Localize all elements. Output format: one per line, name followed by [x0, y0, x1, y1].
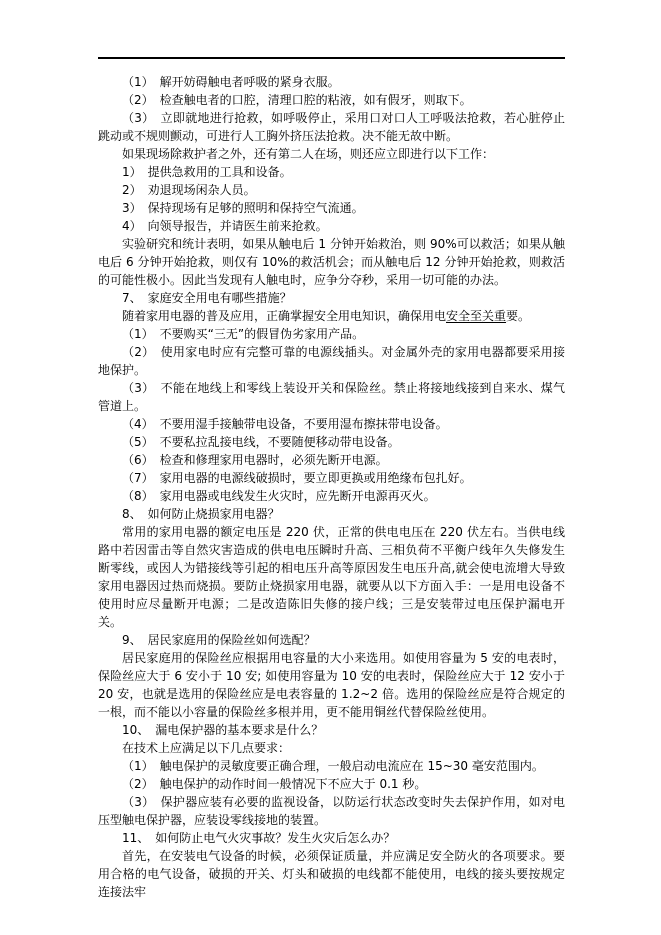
list-item: （1） 解开妨碍触电者呼吸的紧身衣服。	[98, 73, 565, 91]
text-run: （6） 检查和修理家用电器时，必须先断开电源。	[122, 453, 388, 467]
text-run: （7） 家用电器的电源线破损时，要立即更换或用绝缘布包扎好。	[122, 471, 472, 485]
text-run: 9、 居民家庭用的保险丝如何选配？	[122, 633, 316, 647]
text-run: 首先，在安装电气设备的时候，必须保证质量，并应满足安全防火的各项要求。要用合格的…	[98, 849, 565, 899]
list-item: （7） 家用电器的电源线破损时，要立即更换或用绝缘布包扎好。	[98, 469, 565, 487]
list-item: 3） 保持现场有足够的照明和保持空气流通。	[98, 199, 565, 217]
text-run: 10、 漏电保护器的基本要求是什么？	[122, 723, 323, 737]
text-run: 常用的家用电器的额定电压是 220 伏，正常的供电电压在 220 伏左右。当供电…	[98, 525, 565, 629]
text-run: （3） 不能在地线上和零线上装设开关和保险丝。禁止将接地线接到自来水、煤气管道上…	[98, 381, 565, 413]
list-item: （1） 不要购买“三无”的假冒伪劣家用产品。	[98, 325, 565, 343]
text-run: 实验研究和统计表明，如果从触电后 1 分钟开始救治，则 90%可以救活；如果从触…	[98, 237, 565, 287]
underlined-text-run: 安全至关重	[446, 309, 506, 323]
section-heading: 11、 如何防止电气火灾事故？发生火灾后怎么办？	[98, 829, 565, 847]
text-run: 2） 劝退现场闲杂人员。	[122, 183, 256, 197]
section-heading: 8、 如何防止烧损家用电器？	[98, 505, 565, 523]
list-item: （3） 立即就地进行抢救，如呼吸停止，采用口对口人工呼吸法抢救，若心脏停止跳动或…	[98, 109, 565, 145]
text-run: 8、 如何防止烧损家用电器？	[122, 507, 280, 521]
text-run: （1） 触电保护的灵敏度要正确合理，一般启动电流应在 15~30 毫安范围内。	[122, 759, 544, 773]
paragraph: 在技术上应满足以下几点要求：	[98, 739, 565, 757]
text-run: 如果现场除救护者之外，还有第二人在场，则还应立即进行以下工作：	[122, 147, 494, 161]
text-run: 在技术上应满足以下几点要求：	[122, 741, 290, 755]
header-rule	[98, 57, 565, 59]
section-heading: 9、 居民家庭用的保险丝如何选配？	[98, 631, 565, 649]
text-run: 要。	[506, 309, 530, 323]
text-run: 7、 家庭安全用电有哪些措施？	[122, 291, 292, 305]
text-run: （8） 家用电器或电线发生火灾时，应先断开电源再灭火。	[122, 489, 436, 503]
document-page: （1） 解开妨碍触电者呼吸的紧身衣服。（2） 检查触电者的口腔，清理口腔的粘液，…	[0, 0, 661, 935]
paragraph: 居民家庭用的保险丝应根据用电容量的大小来选用。如使用容量为 5 安的电表时，保险…	[98, 649, 565, 721]
list-item: （2） 触电保护的动作时间一般情况下不应大于 0.1 秒。	[98, 775, 565, 793]
section-heading: 10、 漏电保护器的基本要求是什么？	[98, 721, 565, 739]
list-item: （2） 使用家电时应有完整可靠的电源线插头。对金属外壳的家用电器都要采用接地保护…	[98, 343, 565, 379]
text-run: （1） 不要购买“三无”的假冒伪劣家用产品。	[122, 327, 364, 341]
paragraph: 实验研究和统计表明，如果从触电后 1 分钟开始救治，则 90%可以救活；如果从触…	[98, 235, 565, 289]
list-item: （2） 检查触电者的口腔，清理口腔的粘液，如有假牙，则取下。	[98, 91, 565, 109]
text-run: 4） 向领导报告，并请医生前来抢救。	[122, 219, 328, 233]
text-run: （2） 使用家电时应有完整可靠的电源线插头。对金属外壳的家用电器都要采用接地保护…	[98, 345, 565, 377]
text-run: （2） 检查触电者的口腔，清理口腔的粘液，如有假牙，则取下。	[122, 93, 472, 107]
section-heading: 7、 家庭安全用电有哪些措施？	[98, 289, 565, 307]
text-run: （3） 保护器应装有必要的监视设备，以防运行状态改变时失去保护作用，如对电压型触…	[98, 795, 565, 827]
paragraph: 如果现场除救护者之外，还有第二人在场，则还应立即进行以下工作：	[98, 145, 565, 163]
text-run: 居民家庭用的保险丝应根据用电容量的大小来选用。如使用容量为 5 安的电表时，保险…	[98, 651, 565, 719]
document-body: （1） 解开妨碍触电者呼吸的紧身衣服。（2） 检查触电者的口腔，清理口腔的粘液，…	[98, 73, 565, 901]
text-run: 11、 如何防止电气火灾事故？发生火灾后怎么办？	[122, 831, 395, 845]
text-run: 3） 保持现场有足够的照明和保持空气流通。	[122, 201, 364, 215]
list-item: （6） 检查和修理家用电器时，必须先断开电源。	[98, 451, 565, 469]
text-run: 随着家用电器的普及应用，正确掌握安全用电知识，确保用电	[122, 309, 446, 323]
paragraph: 首先，在安装电气设备的时候，必须保证质量，并应满足安全防火的各项要求。要用合格的…	[98, 847, 565, 901]
list-item: 1） 提供急救用的工具和设备。	[98, 163, 565, 181]
list-item: 2） 劝退现场闲杂人员。	[98, 181, 565, 199]
list-item: （3） 不能在地线上和零线上装设开关和保险丝。禁止将接地线接到自来水、煤气管道上…	[98, 379, 565, 415]
list-item: 4） 向领导报告，并请医生前来抢救。	[98, 217, 565, 235]
text-run: 1） 提供急救用的工具和设备。	[122, 165, 292, 179]
paragraph: 常用的家用电器的额定电压是 220 伏，正常的供电电压在 220 伏左右。当供电…	[98, 523, 565, 631]
list-item: （5） 不要私拉乱接电线，不要随便移动带电设备。	[98, 433, 565, 451]
list-item: （8） 家用电器或电线发生火灾时，应先断开电源再灭火。	[98, 487, 565, 505]
list-item: （1） 触电保护的灵敏度要正确合理，一般启动电流应在 15~30 毫安范围内。	[98, 757, 565, 775]
list-item: （4） 不要用湿手接触带电设备，不要用湿布擦抹带电设备。	[98, 415, 565, 433]
text-run: （5） 不要私拉乱接电线，不要随便移动带电设备。	[122, 435, 400, 449]
text-run: （2） 触电保护的动作时间一般情况下不应大于 0.1 秒。	[122, 777, 426, 791]
text-run: （4） 不要用湿手接触带电设备，不要用湿布擦抹带电设备。	[122, 417, 448, 431]
text-run: （1） 解开妨碍触电者呼吸的紧身衣服。	[122, 75, 340, 89]
paragraph: 随着家用电器的普及应用，正确掌握安全用电知识，确保用电安全至关重要。	[98, 307, 565, 325]
list-item: （3） 保护器应装有必要的监视设备，以防运行状态改变时失去保护作用，如对电压型触…	[98, 793, 565, 829]
text-run: （3） 立即就地进行抢救，如呼吸停止，采用口对口人工呼吸法抢救，若心脏停止跳动或…	[98, 111, 565, 143]
